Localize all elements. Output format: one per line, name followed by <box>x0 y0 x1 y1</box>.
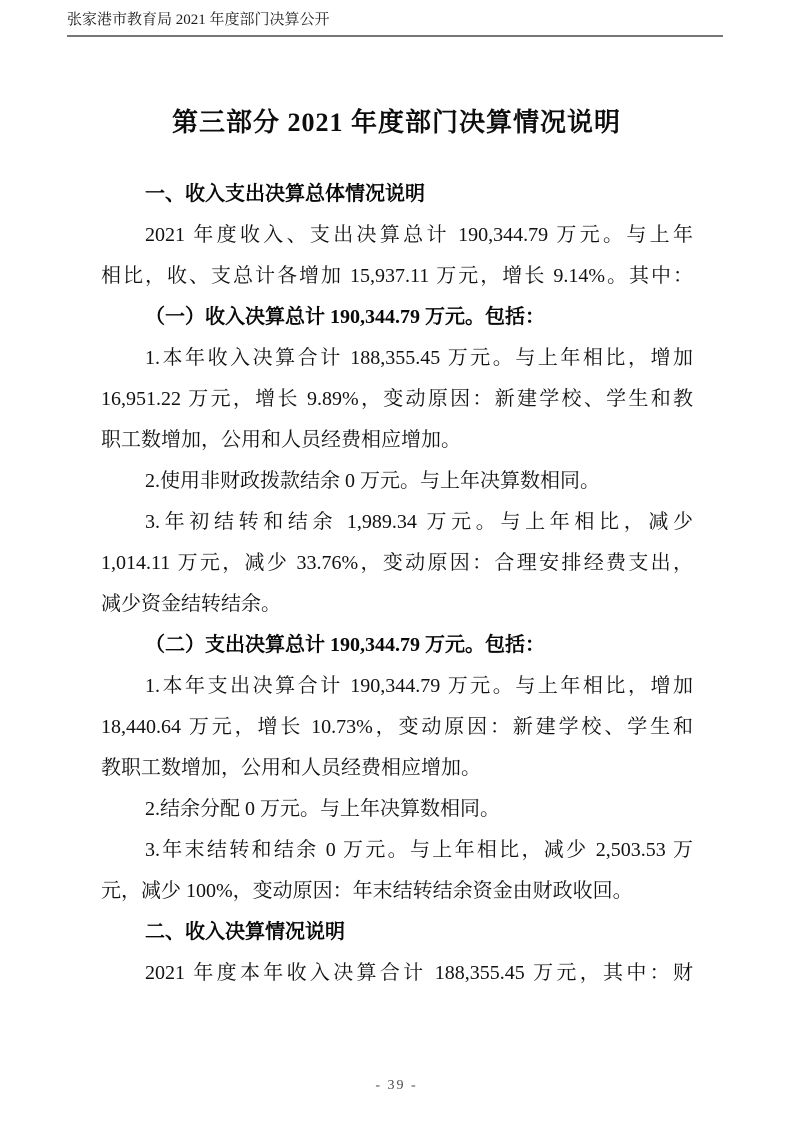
document-line: 减少资金结转结余。 <box>101 584 693 625</box>
document-line: 2.结余分配 0 万元。与上年决算数相同。 <box>101 789 693 830</box>
document-line: 3.年初结转和结余 1,989.34 万元。与上年相比，减少 <box>101 502 693 543</box>
document-line: 18,440.64 万元，增长 10.73%，变动原因：新建学校、学生和 <box>101 707 693 748</box>
page-header-text: 张家港市教育局 2021 年度部门决算公开 <box>67 12 330 28</box>
section-heading: （二）支出决算总计 190,344.79 万元。包括： <box>101 625 693 666</box>
page-header: 张家港市教育局 2021 年度部门决算公开 <box>67 10 723 37</box>
page-number: - 39 - <box>375 1078 417 1093</box>
document-title: 第三部分 2021 年度部门决算情况说明 <box>0 102 793 139</box>
section-heading: 一、收入支出决算总体情况说明 <box>101 174 693 215</box>
document-line: 2021 年度本年收入决算合计 188,355.45 万元，其中：财 <box>101 953 693 994</box>
document-line: 2.使用非财政拨款结余 0 万元。与上年决算数相同。 <box>101 461 693 502</box>
document-line: 教职工数增加，公用和人员经费相应增加。 <box>101 748 693 789</box>
document-line: 职工数增加，公用和人员经费相应增加。 <box>101 420 693 461</box>
section-heading: （一）收入决算总计 190,344.79 万元。包括： <box>101 297 693 338</box>
document-line: 2021 年度收入、支出决算总计 190,344.79 万元。与上年 <box>101 215 693 256</box>
document-page: 张家港市教育局 2021 年度部门决算公开 第三部分 2021 年度部门决算情况… <box>0 0 793 1122</box>
page-footer: - 39 - <box>0 1078 793 1094</box>
document-line: 3.年末结转和结余 0 万元。与上年相比，减少 2,503.53 万 <box>101 830 693 871</box>
document-line: 1,014.11 万元，减少 33.76%，变动原因：合理安排经费支出， <box>101 543 693 584</box>
document-body: 一、收入支出决算总体情况说明2021 年度收入、支出决算总计 190,344.7… <box>101 174 693 994</box>
section-heading: 二、收入决算情况说明 <box>101 912 693 953</box>
document-line: 16,951.22 万元，增长 9.89%，变动原因：新建学校、学生和教 <box>101 379 693 420</box>
document-line: 元，减少 100%，变动原因：年末结转结余资金由财政收回。 <box>101 871 693 912</box>
document-line: 相比，收、支总计各增加 15,937.11 万元，增长 9.14%。其中： <box>101 256 693 297</box>
document-line: 1.本年支出决算合计 190,344.79 万元。与上年相比，增加 <box>101 666 693 707</box>
document-line: 1.本年收入决算合计 188,355.45 万元。与上年相比，增加 <box>101 338 693 379</box>
